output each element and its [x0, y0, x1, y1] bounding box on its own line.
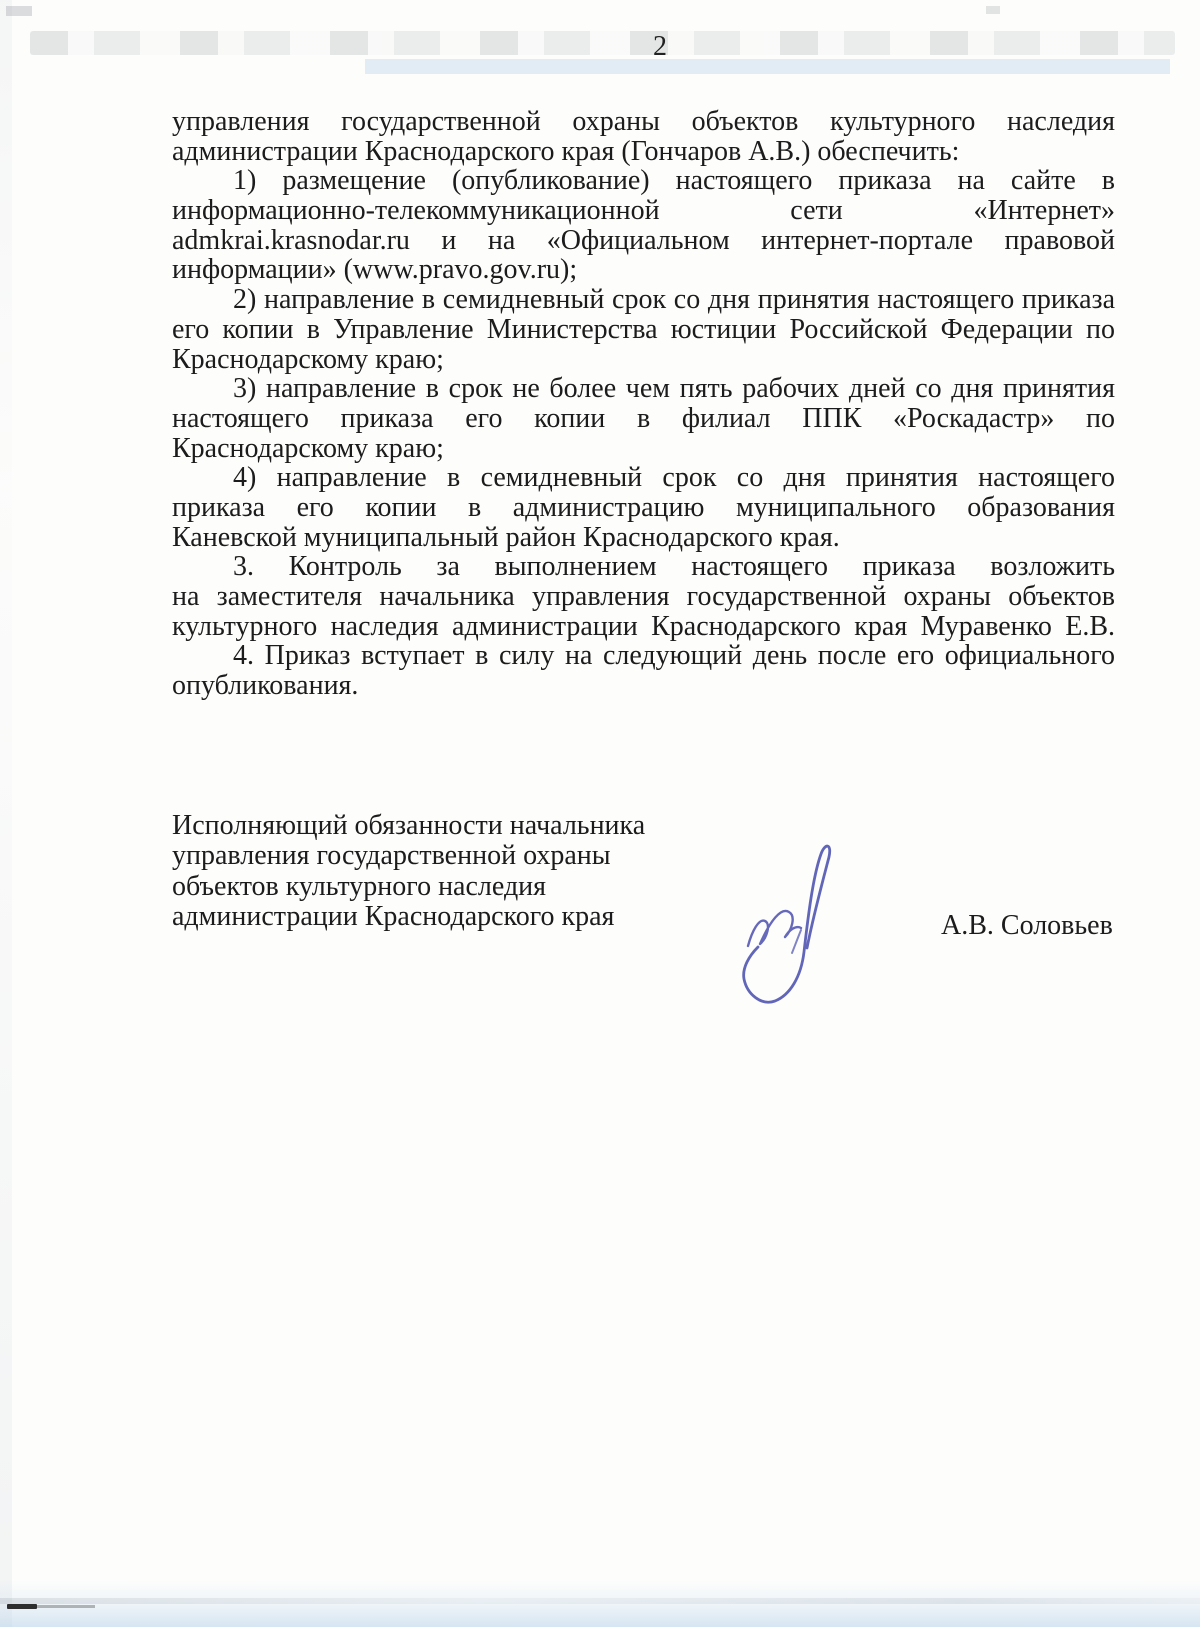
body-line: информационно-телекоммуникационной сети …: [172, 196, 1115, 226]
scan-artifact-bottom-streak: [0, 1598, 1200, 1604]
body-line: 3. Контроль за выполнением настоящего пр…: [172, 552, 1115, 582]
signatory-name: А.В. Соловьев: [941, 911, 1113, 941]
body-line: приказа его копии в администрацию муници…: [172, 493, 1115, 523]
scan-artifact-dash: [7, 1604, 37, 1609]
scan-artifact-bottom-band: [0, 1580, 1200, 1627]
scan-artifact-speck: [986, 6, 1000, 14]
body-line: 4) направление в семидневный срок со дня…: [172, 463, 1115, 493]
body-line: настоящего приказа его копии в филиал ПП…: [172, 404, 1115, 434]
signature-title-block: Исполняющий обязанности начальникауправл…: [172, 811, 645, 933]
body-line: опубликования.: [172, 671, 1115, 701]
signature-title-line: управления государственной охраны: [172, 841, 645, 871]
body-line: 1) размещение (опубликование) настоящего…: [172, 166, 1115, 196]
body-line: Краснодарскому краю;: [172, 345, 1115, 375]
body-line: admkrai.krasnodar.ru и на «Официальном и…: [172, 226, 1115, 256]
scan-artifact-speck: [6, 6, 32, 16]
body-line: культурного наследия администрации Красн…: [172, 612, 1115, 642]
scan-artifact-left-edge: [0, 0, 12, 1627]
scan-artifact-top-band: [30, 31, 1175, 55]
body-line: 2) направление в семидневный срок со дня…: [172, 285, 1115, 315]
body-line: администрации Краснодарского края (Гонча…: [172, 137, 1115, 167]
signature-title-line: Исполняющий обязанности начальника: [172, 811, 645, 841]
body-line: Краснодарскому краю;: [172, 434, 1115, 464]
body-line: управления государственной охраны объект…: [172, 107, 1115, 137]
body-line: Каневской муниципальный район Краснодарс…: [172, 523, 1115, 553]
scan-artifact-blue-band: [365, 59, 1170, 74]
body-text: управления государственной охраны объект…: [172, 107, 1115, 701]
document-page: 2 управления государственной охраны объе…: [0, 0, 1200, 1627]
body-line: его копии в Управление Министерства юсти…: [172, 315, 1115, 345]
body-line: 4. Приказ вступает в силу на следующий д…: [172, 641, 1115, 671]
body-line: информации» (www.pravo.gov.ru);: [172, 255, 1115, 285]
scan-artifact-dash-fade: [37, 1605, 95, 1608]
signature-title-line: объектов культурного наследия: [172, 872, 645, 902]
signature-title-line: администрации Краснодарского края: [172, 902, 645, 932]
body-line: 3) направление в срок не более чем пять …: [172, 374, 1115, 404]
body-line: на заместителя начальника управления гос…: [172, 582, 1115, 612]
page-number: 2: [640, 32, 680, 62]
